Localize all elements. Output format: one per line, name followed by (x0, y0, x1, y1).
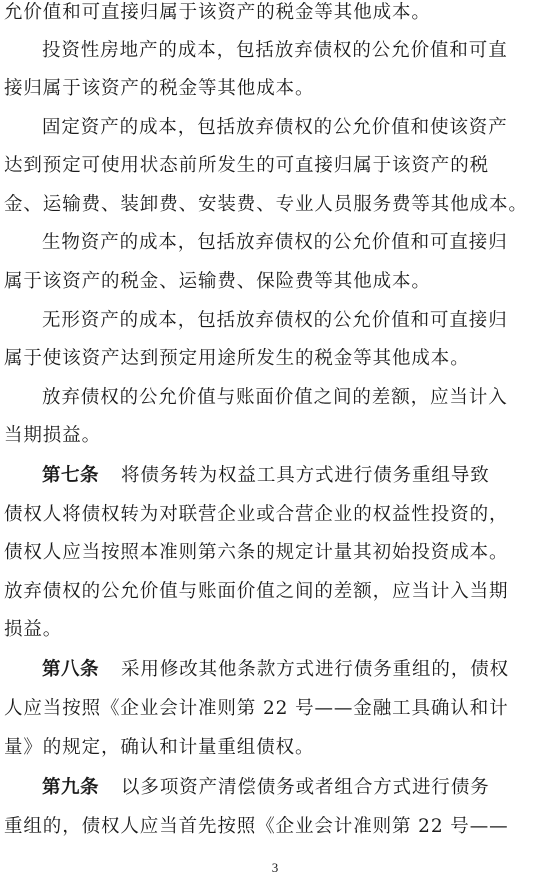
text-line: 允价值和可直接归属于该资产的税金等其他成本。 (4, 0, 534, 26)
text-line: 损益。 (4, 617, 534, 643)
text-line: 金、运输费、装卸费、安装费、专业人员服务费等其他成本。 (4, 192, 534, 218)
text-line: 放弃债权的公允价值与账面价值之间的差额，应当计入当期 (4, 579, 534, 605)
text-line: 量》的规定，确认和计量重组债权。 (4, 735, 534, 761)
text-line: 属于使该资产达到预定用途所发生的税金等其他成本。 (4, 346, 534, 372)
article-8-heading: 第八条 (42, 659, 99, 680)
article-8: 第八条采用修改其他条款方式进行债务重组的，债权 (42, 657, 550, 683)
document-page: 允价值和可直接归属于该资产的税金等其他成本。 投资性房地产的成本，包括放弃债权的… (0, 0, 550, 891)
paragraph-investment-property: 投资性房地产的成本，包括放弃债权的公允价值和可直 (42, 38, 550, 64)
text-line: 接归属于该资产的税金等其他成本。 (4, 76, 534, 102)
article-9-text: 以多项资产清偿债务或者组合方式进行债务 (121, 777, 490, 798)
paragraph-fixed-assets: 固定资产的成本，包括放弃债权的公允价值和使该资产 (42, 115, 550, 141)
paragraph-biological-assets: 生物资产的成本，包括放弃债权的公允价值和可直接归 (42, 230, 550, 256)
paragraph-difference: 放弃债权的公允价值与账面价值之间的差额，应当计入 (42, 385, 550, 411)
text-line: 达到预定可使用状态前所发生的可直接归属于该资产的税 (4, 153, 534, 179)
text-line: 债权人将债权转为对联营企业或合营企业的权益性投资的， (4, 502, 534, 528)
text-line: 人应当按照《企业会计准则第 22 号——金融工具确认和计 (4, 696, 534, 722)
paragraph-intangible-assets: 无形资产的成本，包括放弃债权的公允价值和可直接归 (42, 308, 550, 334)
text-line: 当期损益。 (4, 423, 534, 449)
page-number: 3 (0, 860, 550, 876)
article-7: 第七条将债务转为权益工具方式进行债务重组导致 (42, 463, 550, 489)
text-line: 债权人应当按照本准则第六条的规定计量其初始投资成本。 (4, 540, 534, 566)
article-9: 第九条以多项资产清偿债务或者组合方式进行债务 (42, 775, 550, 801)
article-9-heading: 第九条 (42, 777, 99, 798)
text-line: 重组的，债权人应当首先按照《企业会计准则第 22 号—— (4, 814, 534, 840)
article-8-text: 采用修改其他条款方式进行债务重组的，债权 (121, 659, 509, 680)
text-line: 属于该资产的税金、运输费、保险费等其他成本。 (4, 269, 534, 295)
article-7-text: 将债务转为权益工具方式进行债务重组导致 (121, 465, 490, 486)
article-7-heading: 第七条 (42, 465, 99, 486)
